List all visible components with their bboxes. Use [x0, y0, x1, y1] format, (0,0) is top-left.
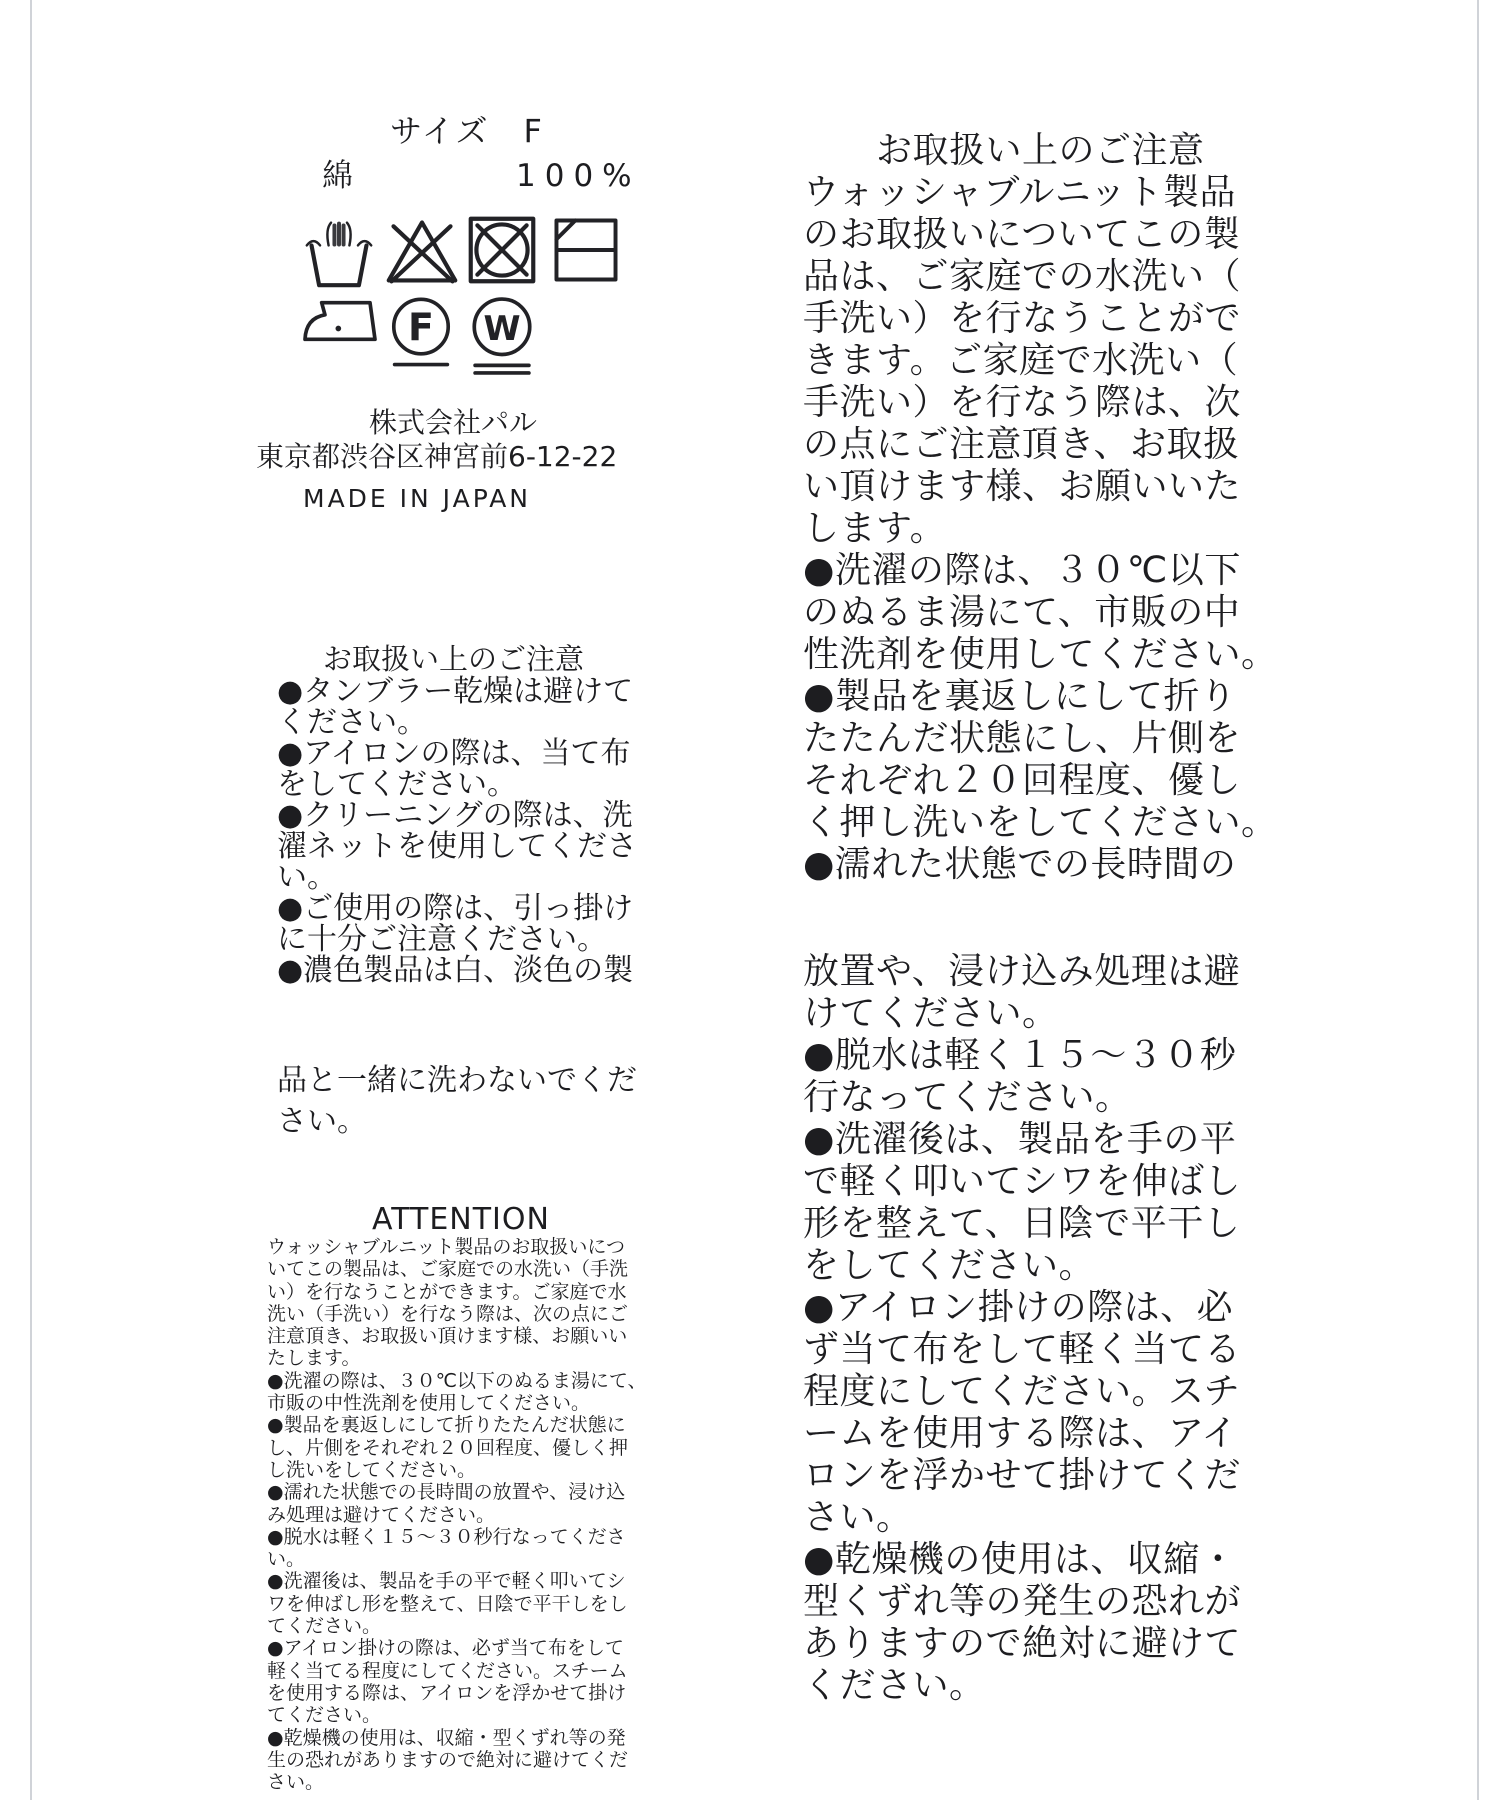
size-line: サイズ F — [390, 112, 544, 150]
right-edge-line — [1477, 0, 1479, 1800]
wet-clean-W-icon: W — [468, 294, 536, 382]
company-address: 東京都渋谷区神宮前6-12-22 — [256, 440, 617, 474]
hand-wash-icon — [303, 214, 375, 296]
left-care-bullets: ●タンブラー乾燥は避けて ください。 ●アイロンの際は、当て布 をしてください。… — [277, 676, 667, 986]
do-not-tumble-dry-icon — [466, 214, 538, 290]
wet-clean-letter: W — [483, 309, 520, 348]
iron-low-heat-icon — [300, 296, 380, 350]
country-of-origin: MADE IN JAPAN — [303, 484, 531, 514]
do-not-bleach-icon — [384, 216, 460, 290]
dry-clean-letter: F — [408, 306, 434, 350]
dry-clean-F-icon: F — [388, 294, 454, 378]
left-care-title: お取扱い上のご注意 — [323, 642, 584, 676]
right-care-block-2: 放置や、浸け込み処理は避 けてください。 ●脱水は軽く１５～３０秒 行なってくだ… — [803, 951, 1295, 1707]
dry-flat-in-shade-icon — [552, 214, 620, 290]
garment-care-label-scan: サイズ F 綿 100% — [0, 0, 1500, 1800]
left-care-continuation: 品と一緒に洗わないでくだ さい。 — [277, 1060, 667, 1142]
attention-body: ウォッシャブルニット製品のお取扱いにつ いてこの製品は、ご家庭での水洗い（手洗 … — [267, 1236, 672, 1793]
material-percentage: 100% — [516, 158, 641, 194]
right-care-block-1: お取扱い上のご注意 ウォッシャブルニット製品 のお取扱いについてこの製 品は、ご… — [803, 130, 1295, 886]
attention-title: ATTENTION — [372, 1202, 550, 1238]
material-name: 綿 — [322, 158, 353, 194]
company-name: 株式会社パル — [369, 406, 537, 440]
left-edge-line — [30, 0, 32, 1800]
